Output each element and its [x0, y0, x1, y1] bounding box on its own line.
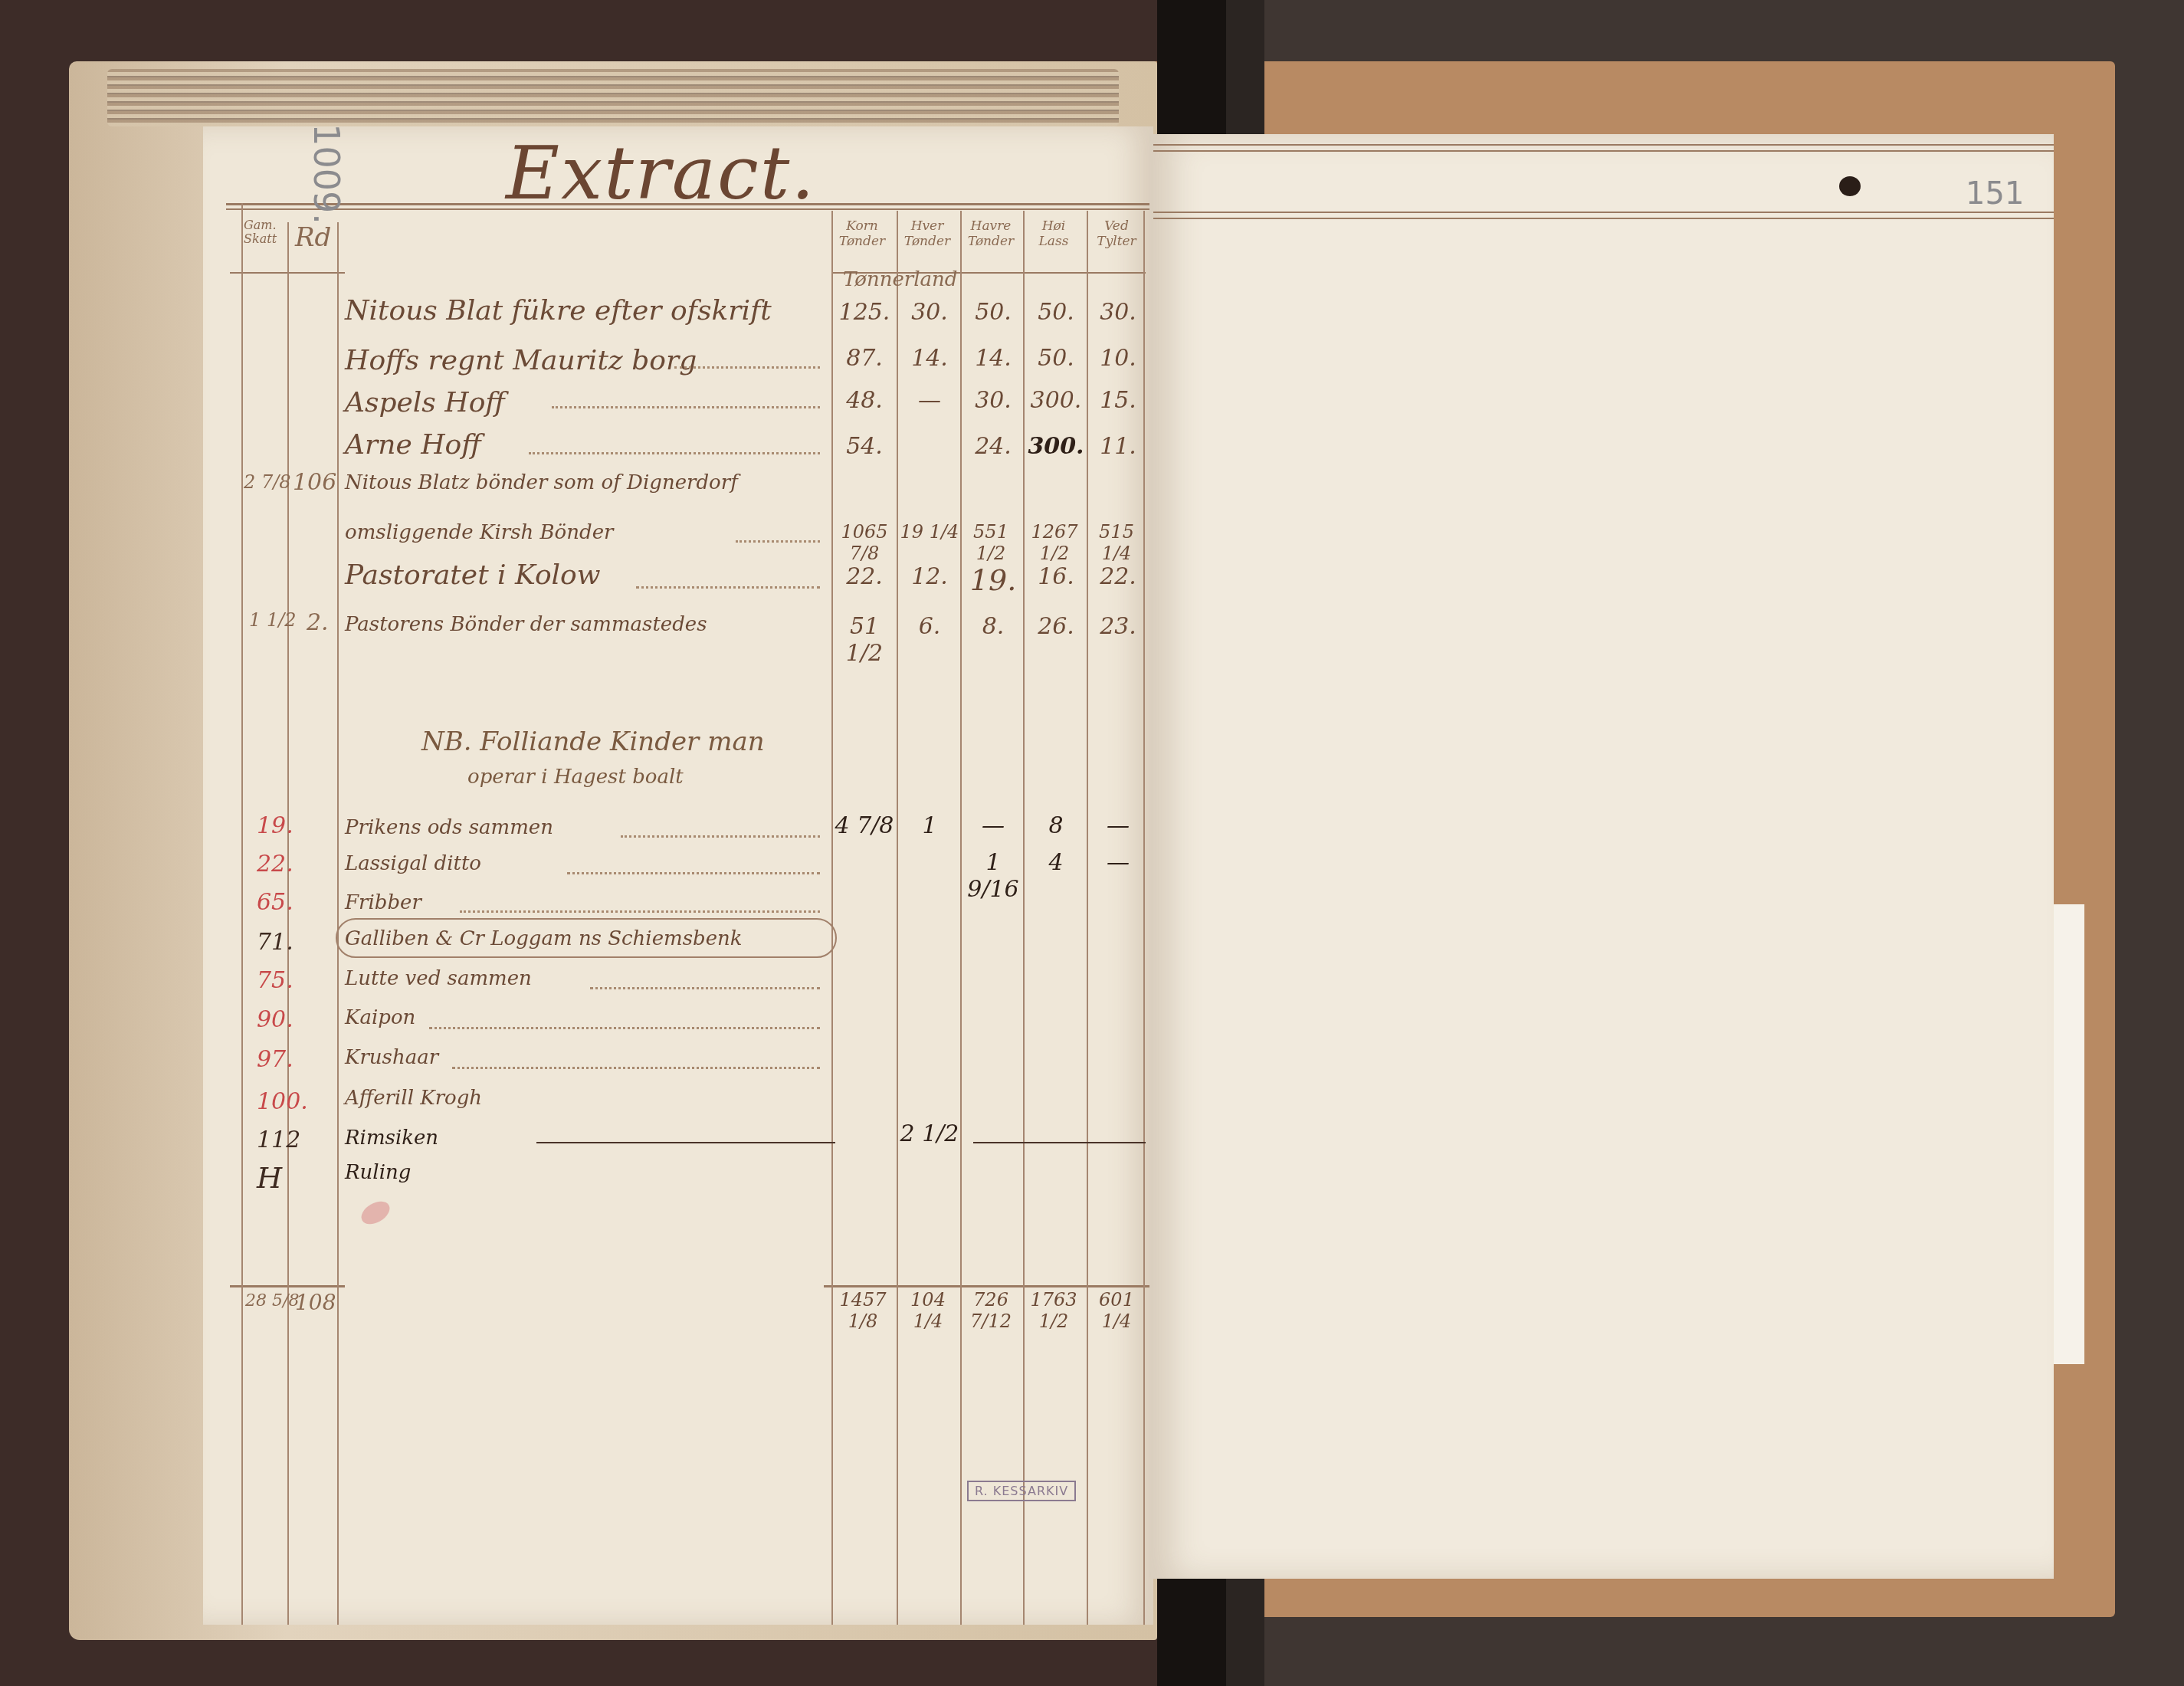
- column-header-5: Ved Tylter: [1090, 218, 1143, 249]
- cell: 10.: [1085, 345, 1151, 372]
- nb-note-line-1: NB. Folliande Kinder man: [421, 724, 851, 759]
- leader-dots: [621, 835, 820, 838]
- row-label: Nitous Blat fükre efter ofskrift: [345, 295, 772, 326]
- total-ref-a: 28 5/8: [245, 1291, 299, 1310]
- sub-row-label: Rimsiken: [345, 1127, 438, 1150]
- cell: 54.: [831, 433, 897, 460]
- entry-line: [973, 1142, 1146, 1143]
- row-label: Arne Hoff: [345, 429, 481, 461]
- row-ref-a: 2 7/8: [244, 471, 291, 493]
- leader-dots: [429, 1027, 820, 1029]
- cell: 50.: [1023, 345, 1089, 372]
- cell: —: [1085, 812, 1151, 839]
- cell: —: [960, 812, 1026, 839]
- cell: 14.: [960, 345, 1026, 372]
- cell: 11.: [1085, 433, 1151, 460]
- cell: 19 1/4: [897, 521, 962, 543]
- sub-row-ref: 19.: [257, 812, 310, 839]
- cell: 19.: [960, 563, 1026, 597]
- row-ref-a: 1 1/2: [249, 609, 297, 631]
- vline-3: [337, 222, 339, 1625]
- left-header-col2: Rd: [295, 222, 331, 253]
- leader-dots: [567, 872, 820, 874]
- sub-row-label: Galliben & Cr Loggam ns Schiemsbenk: [345, 927, 743, 950]
- leader-dots: [636, 586, 820, 589]
- leader-dots: [736, 540, 820, 543]
- archive-stamp: R. KESSARKIV: [967, 1481, 1076, 1501]
- sub-row-ref: 65.: [257, 889, 310, 916]
- vline-4: [831, 211, 833, 1625]
- cell: 15.: [1085, 387, 1151, 414]
- vline-1: [241, 203, 243, 1625]
- cell: 14.: [897, 345, 962, 372]
- cell: 22.: [1085, 563, 1151, 590]
- cell: 4 7/8: [831, 812, 897, 839]
- cell: 50.: [1023, 299, 1089, 326]
- sub-row-ref: 97.: [257, 1046, 310, 1073]
- sub-row-ref: 22.: [257, 851, 310, 877]
- vline-7: [1023, 211, 1025, 1625]
- sub-row-label: Fribber: [345, 891, 421, 914]
- right-page: [1149, 134, 2054, 1579]
- row-ref-b: 106: [293, 469, 336, 496]
- leader-dots: [529, 452, 820, 454]
- leader-dots: [674, 366, 820, 369]
- sub-row-ref: 75.: [257, 967, 310, 994]
- row-label: Aspels Hoff: [345, 387, 505, 418]
- cell: 30.: [897, 299, 962, 326]
- cell: 87.: [831, 345, 897, 372]
- cell: 30.: [960, 387, 1026, 414]
- total-ref-b: 108: [295, 1290, 336, 1315]
- cell: —: [897, 387, 962, 414]
- sub-row-ref: H: [257, 1161, 310, 1195]
- entry-line: [536, 1142, 835, 1143]
- vline-8: [1087, 211, 1088, 1625]
- ink-blot: [1839, 176, 1861, 196]
- left-header-col1: Gam. Skatt: [244, 218, 286, 246]
- right-rule-top-2: [1153, 150, 2054, 152]
- cell: 48.: [831, 387, 897, 414]
- row-label: Pastoratet i Kolow: [345, 559, 601, 591]
- column-header-1: Korn Tønder: [835, 218, 889, 249]
- sub-row-label: Afferill Krogh: [345, 1087, 482, 1110]
- vline-2: [287, 222, 289, 1625]
- cell: 300.: [1023, 387, 1089, 414]
- cell: 51 1/2: [831, 613, 897, 667]
- right-rule-mid: [1153, 212, 2054, 213]
- column-header-3: Havre Tønder: [964, 218, 1018, 249]
- cell: 24.: [960, 433, 1026, 460]
- cell: 50.: [960, 299, 1026, 326]
- cell: 6.: [897, 613, 962, 640]
- cell: 1 9/16: [960, 849, 1026, 903]
- cell: 4: [1023, 849, 1089, 876]
- sub-row-label: Prikens ods sammen: [345, 816, 553, 839]
- pencil-note-left: 1009.: [306, 123, 347, 225]
- row-label-continued: omsliggende Kirsh Bönder: [345, 521, 613, 544]
- sub-row-ref: 90.: [257, 1006, 310, 1033]
- cell: 1065 7/8: [828, 521, 901, 564]
- cell: 30.: [1085, 299, 1151, 326]
- row-label: Pastorens Bönder der sammastedes: [345, 613, 707, 636]
- right-rule-mid-2: [1153, 218, 2054, 219]
- total-cell: 1457 1/8: [826, 1289, 900, 1332]
- row-label: Nitous Blatz bönder som of Dignerdorf: [345, 471, 738, 494]
- sub-row-label: Ruling: [345, 1161, 411, 1184]
- leader-dots: [552, 406, 820, 408]
- cell: 515 1/4: [1084, 521, 1149, 564]
- sub-row-ref: 100.: [257, 1088, 310, 1115]
- cell: 8: [1023, 812, 1089, 839]
- cell: 551 1/2: [958, 521, 1024, 564]
- page-stack-edges: [107, 69, 1119, 126]
- inserted-slip: [2054, 904, 2084, 1364]
- total-cell: 104 1/4: [895, 1289, 961, 1332]
- cell: 22.: [831, 563, 897, 590]
- nb-note: NB. Folliande Kinder man operar i Hagest…: [421, 724, 851, 795]
- cell: 1267 1/2: [1019, 521, 1090, 564]
- nb-note-line-2: operar i Hagest boalt: [421, 759, 851, 795]
- sub-row-label: Kaipon: [345, 1006, 415, 1029]
- vline-9: [1143, 211, 1145, 1625]
- cell: 16.: [1023, 563, 1089, 590]
- total-cell: 726 7/12: [958, 1289, 1024, 1332]
- cell: 12.: [897, 563, 962, 590]
- cell: 26.: [1023, 613, 1089, 640]
- column-header-2: Hver Tønder: [900, 218, 954, 249]
- unit-label: Tønnerland: [843, 268, 958, 291]
- cell: 8.: [960, 613, 1026, 640]
- sub-row-ref: 112: [257, 1127, 310, 1153]
- vline-5: [897, 211, 898, 1625]
- row-ref-b: 2.: [307, 609, 329, 636]
- cell: —: [1085, 849, 1151, 876]
- cell: 23.: [1085, 613, 1151, 640]
- leader-dots: [460, 910, 820, 913]
- total-rule-right: [824, 1285, 1149, 1287]
- cell: 2 1/2: [897, 1120, 962, 1147]
- leader-dots: [452, 1067, 820, 1069]
- sub-row-label: Lassigal ditto: [345, 852, 481, 875]
- cell: 125.: [831, 299, 897, 326]
- row-label: Hoffs regnt Mauritz borg: [345, 345, 697, 376]
- page-title: Extract.: [506, 130, 816, 216]
- column-header-4: Høi Lass: [1027, 218, 1081, 249]
- vline-6: [960, 211, 962, 1625]
- sub-row-label: Krushaar: [345, 1046, 438, 1069]
- cell: 1: [897, 812, 962, 839]
- cell: 300.: [1023, 433, 1089, 460]
- leader-dots: [590, 987, 820, 989]
- sub-row-ref: 71.: [257, 929, 310, 956]
- sub-row-label: Lutte ved sammen: [345, 967, 532, 990]
- total-cell: 1763 1/2: [1021, 1289, 1087, 1332]
- folio-number: 151: [1966, 176, 2024, 212]
- right-rule-top: [1153, 144, 2054, 146]
- total-cell: 601 1/4: [1084, 1289, 1149, 1332]
